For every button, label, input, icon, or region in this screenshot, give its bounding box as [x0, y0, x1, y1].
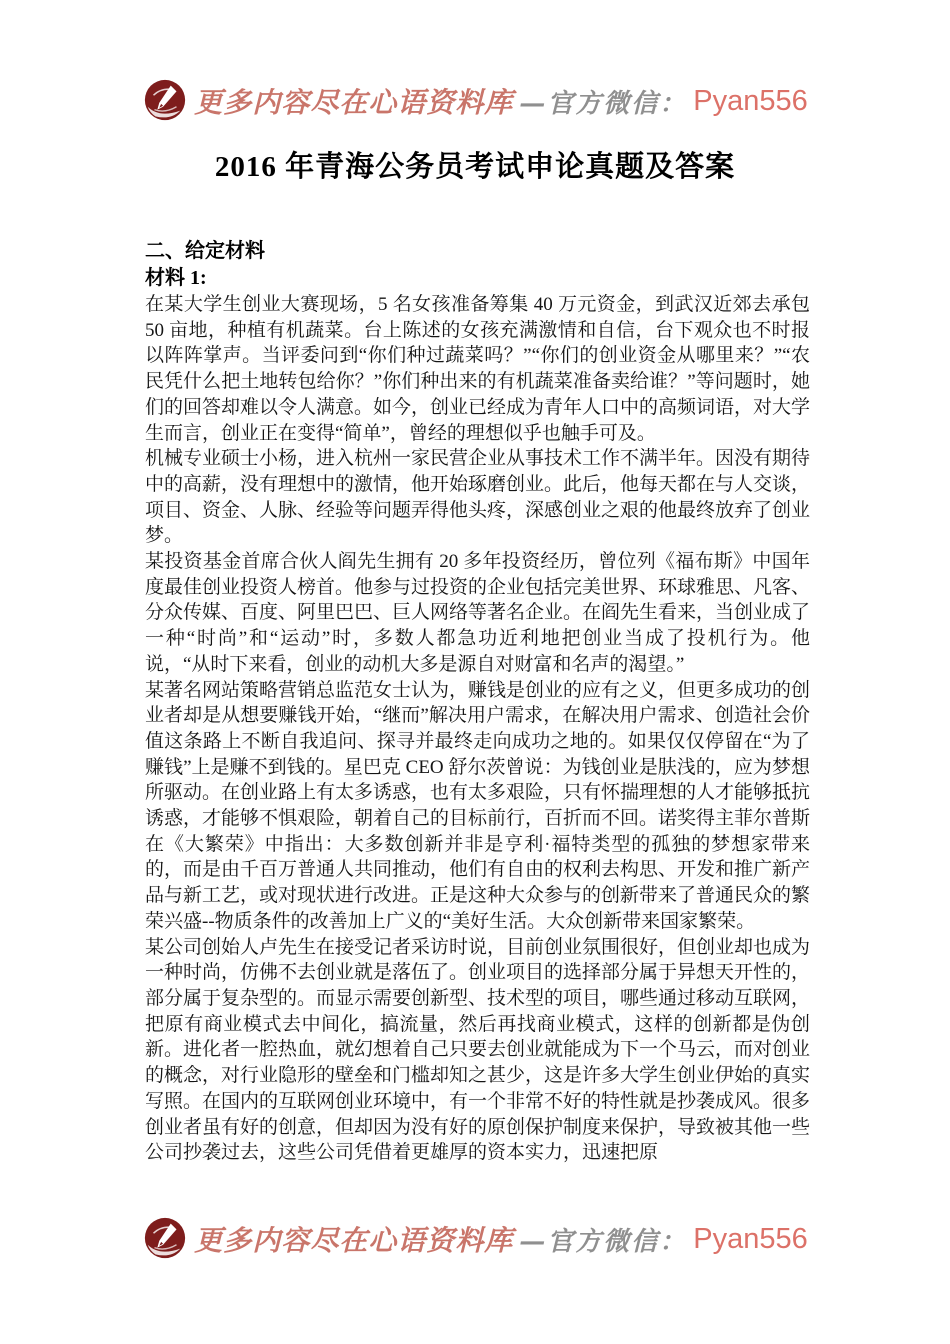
- pen-seal-logo-icon: [142, 1216, 188, 1262]
- document-page: 更多内容尽在心语资料库—官方微信：Pyan556 2016 年青海公务员考试申论…: [0, 0, 950, 1344]
- watermark-wechat-label: —官方微信：: [519, 83, 687, 120]
- paragraph-3: 某投资基金首席合伙人阎先生拥有 20 多年投资经历，曾位列《福布斯》中国年度最佳…: [145, 549, 810, 678]
- watermark-wechat-id: Pyan556: [693, 85, 808, 118]
- document-body: 二、给定材料 材料 1: 在某大学生创业大赛现场，5 名女孩准备筹集 40 万元…: [145, 238, 810, 1166]
- section-heading: 二、给定材料: [145, 238, 810, 265]
- paragraph-2: 机械专业硕士小杨，进入杭州一家民营企业从事技术工作不满半年。因没有期待中的高薪，…: [145, 446, 810, 549]
- watermark-header: 更多内容尽在心语资料库—官方微信：Pyan556: [0, 78, 950, 124]
- paragraph-4: 某著名网站策略营销总监范女士认为，赚钱是创业的应有之义，但更多成功的创业者却是从…: [145, 678, 810, 935]
- pen-seal-logo-icon: [142, 78, 188, 124]
- watermark-text: 更多内容尽在心语资料库: [194, 81, 513, 121]
- material-label: 材料 1:: [145, 265, 810, 292]
- watermark-wechat-id: Pyan556: [693, 1223, 808, 1256]
- paragraph-1: 在某大学生创业大赛现场，5 名女孩准备筹集 40 万元资金，到武汉近郊去承包 5…: [145, 292, 810, 446]
- watermark-wechat-label: —官方微信：: [519, 1221, 687, 1258]
- watermark-footer: 更多内容尽在心语资料库—官方微信：Pyan556: [0, 1216, 950, 1262]
- watermark-text: 更多内容尽在心语资料库: [194, 1219, 513, 1259]
- paragraph-5: 某公司创始人卢先生在接受记者采访时说，目前创业氛围很好，但创业却也成为一种时尚，…: [145, 935, 810, 1166]
- page-title: 2016 年青海公务员考试申论真题及答案: [0, 144, 950, 185]
